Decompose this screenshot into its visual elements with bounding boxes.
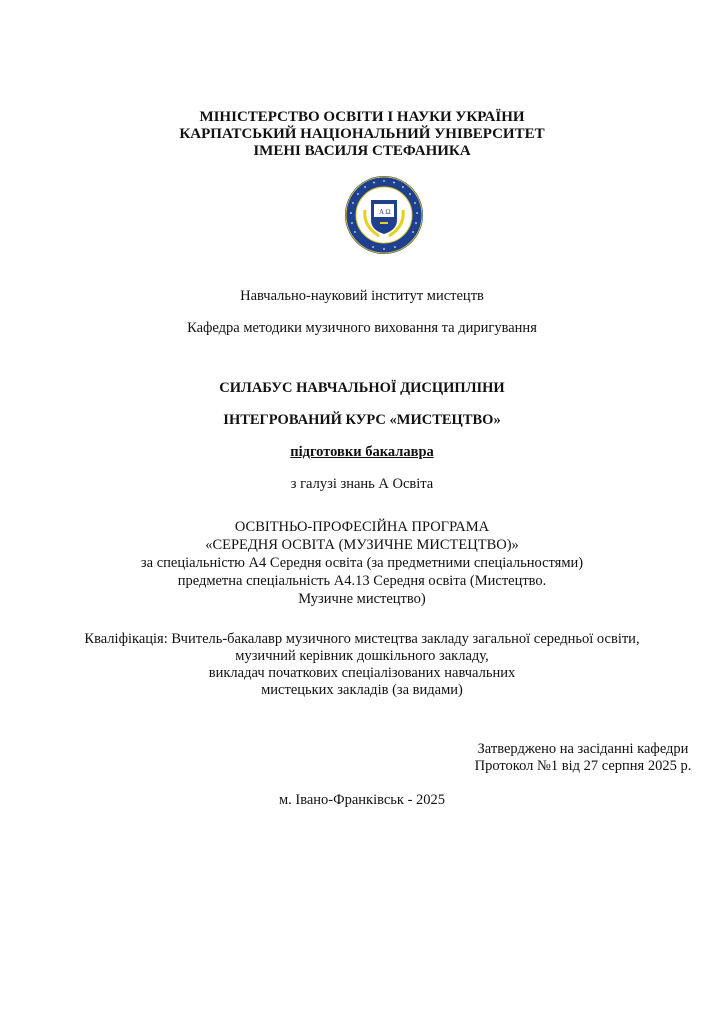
university-name-heading: ІМЕНІ ВАСИЛЯ СТЕФАНИКА: [0, 143, 724, 160]
university-emblem-icon: Α Ω: [343, 174, 425, 256]
qualification-line-4: мистецьких закладів (за видами): [0, 682, 724, 699]
approval-line-2: Протокол №1 від 27 серпня 2025 р.: [458, 758, 708, 775]
program-name: «СЕРЕДНЯ ОСВІТА (МУЗИЧНЕ МИСТЕЦТВО)»: [0, 537, 724, 554]
qualification-line-2: музичний керівник дошкільного закладу,: [0, 648, 724, 665]
program-subject-specialty-cont: Музичне мистецтво): [0, 591, 724, 608]
approval-line-1: Затверджено на засіданні кафедри: [458, 741, 708, 758]
institute-name: Навчально-науковий інститут мистецтв: [0, 288, 724, 305]
syllabus-title: СИЛАБУС НАВЧАЛЬНОЇ ДИСЦИПЛІНИ: [0, 380, 724, 397]
program-specialty: за спеціальністю А4 Середня освіта (за п…: [0, 555, 724, 572]
city-year: м. Івано-Франківськ - 2025: [0, 792, 724, 809]
university-heading: КАРПАТСЬКИЙ НАЦІОНАЛЬНИЙ УНІВЕРСИТЕТ: [0, 126, 724, 143]
program-subject-specialty: предметна спеціальність А4.13 Середня ос…: [0, 573, 724, 590]
field-of-knowledge: з галузі знань А Освіта: [0, 476, 724, 493]
ministry-heading: МІНІСТЕРСТВО ОСВІТИ І НАУКИ УКРАЇНИ: [0, 109, 724, 126]
department-name: Кафедра методики музичного виховання та …: [0, 320, 724, 337]
qualification-line-1: Кваліфікація: Вчитель-бакалавр музичного…: [0, 631, 724, 648]
degree-level-text: підготовки бакалавра: [290, 444, 434, 460]
course-title: ІНТЕГРОВАНИЙ КУРС «МИСТЕЦТВО»: [0, 412, 724, 429]
degree-level: підготовки бакалавра: [0, 444, 724, 461]
program-type: ОСВІТНЬО-ПРОФЕСІЙНА ПРОГРАМА: [0, 519, 724, 536]
qualification-line-3: викладач початкових спеціалізованих навч…: [0, 665, 724, 682]
emblem-shield-text: Α Ω: [379, 208, 391, 216]
